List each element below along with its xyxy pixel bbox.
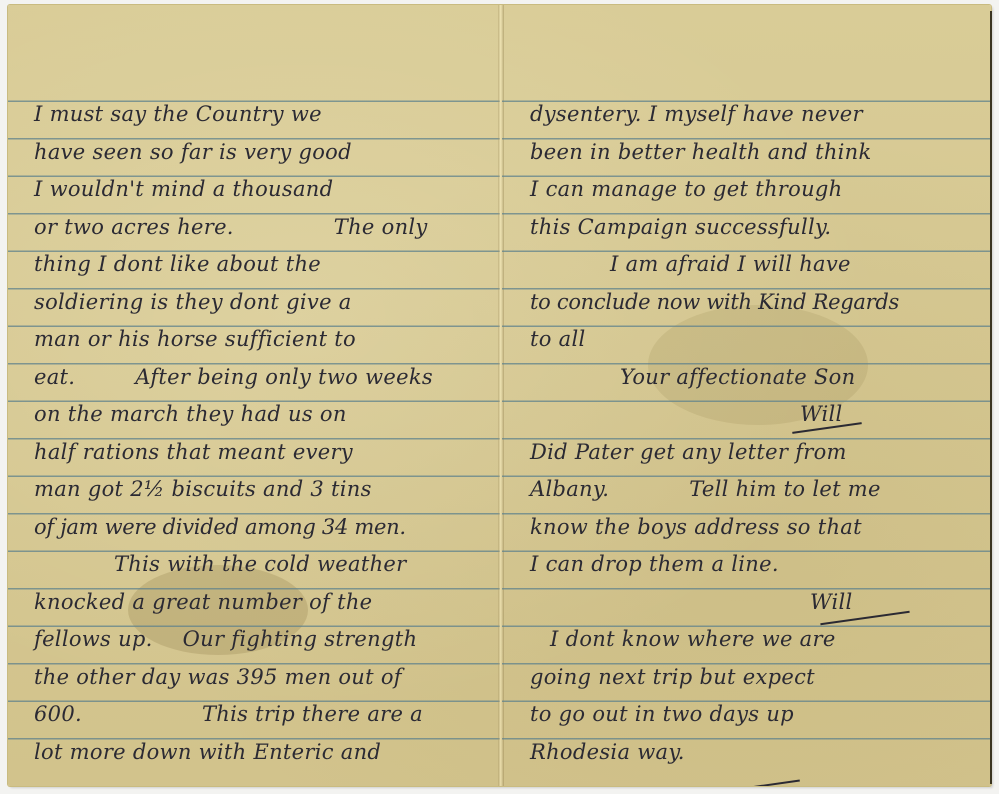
text-line: thing I dont like about the: [34, 247, 486, 285]
text-line: soldiering is they dont give a: [34, 285, 486, 323]
text-line: dysentery. I myself have never: [530, 97, 977, 135]
text-line: I can manage to get through: [530, 172, 977, 210]
text-line: Rhodesia way.: [530, 735, 977, 773]
text-line: half rations that meant every: [34, 435, 486, 473]
text-line: to conclude now with Kind Regards: [530, 285, 977, 323]
text-line: to all: [530, 322, 977, 360]
closing-line: Your affectionate Son: [530, 360, 977, 398]
text-line: going next trip but expect: [530, 660, 977, 698]
text-line: I am afraid I will have: [530, 247, 977, 285]
text-line: knocked a great number of the: [34, 585, 486, 623]
text-line: This with the cold weather: [34, 547, 486, 585]
text-line: the other day was 395 men out of: [34, 660, 486, 698]
text-line: to go out in two days up: [530, 697, 977, 735]
right-page: dysentery. I myself have never been in b…: [502, 5, 991, 786]
text-line: I must say the Country we: [34, 97, 486, 135]
signature: Will: [530, 585, 977, 623]
left-page: I must say the Country we have seen so f…: [8, 5, 500, 786]
text-line: know the boys address so that: [530, 510, 977, 548]
left-page-text: I must say the Country we have seen so f…: [34, 97, 486, 772]
text-line: I can drop them a line.: [530, 547, 977, 585]
text-line: this Campaign successfully.: [530, 210, 977, 248]
text-line: I dont know where we are: [530, 622, 977, 660]
text-line: fellows up.Our fighting strength: [34, 622, 486, 660]
signature: Will: [530, 397, 977, 435]
text-line: eat.After being only two weeks: [34, 360, 486, 398]
text-line: or two acres here.The only: [34, 210, 486, 248]
text-line: I wouldn't mind a thousand: [34, 172, 486, 210]
text-line: Albany.Tell him to let me: [530, 472, 977, 510]
text-line: 600.This trip there are a: [34, 697, 486, 735]
right-page-text: dysentery. I myself have never been in b…: [530, 97, 977, 772]
text-line: been in better health and think: [530, 135, 977, 173]
text-line: have seen so far is very good: [34, 135, 486, 173]
text-line: on the march they had us on: [34, 397, 486, 435]
text-line: of jam were divided among 34 men.: [34, 510, 486, 548]
text-line: lot more down with Enteric and: [34, 735, 486, 773]
letter-sheet: I must say the Country we have seen so f…: [8, 5, 991, 786]
text-line: man got 2½ biscuits and 3 tins: [34, 472, 486, 510]
text-line: Did Pater get any letter from: [530, 435, 977, 473]
text-line: man or his horse sufficient to: [34, 322, 486, 360]
closing-flourish: [750, 779, 800, 786]
